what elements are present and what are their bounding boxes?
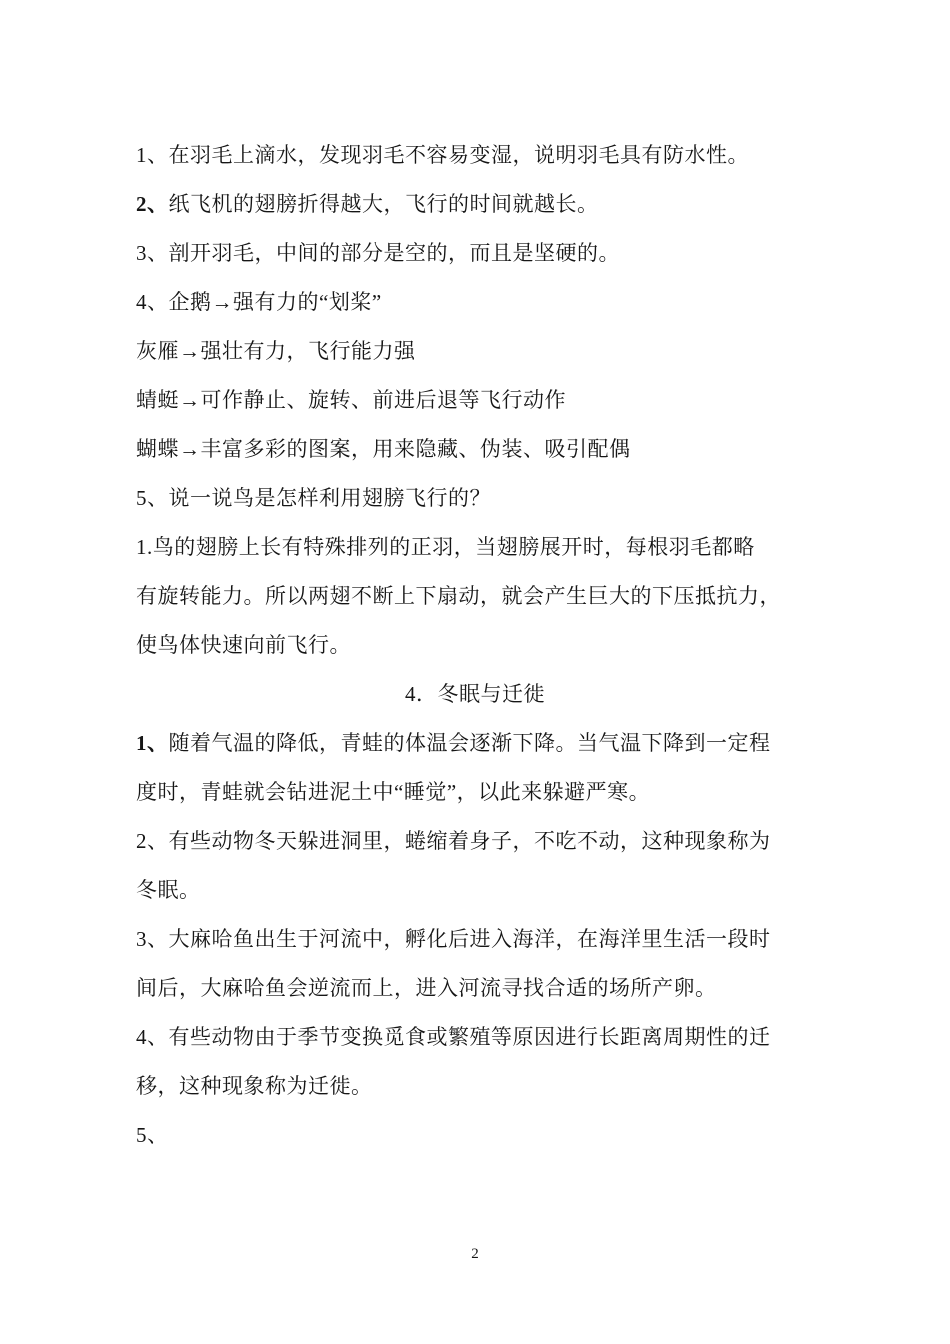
text-line: 3、大麻哈鱼出生于河流中，孵化后进入海洋，在海洋里生活一段时 — [136, 915, 814, 964]
text-line: 2、有些动物冬天躲进洞里，蜷缩着身子，不吃不动，这种现象称为 — [136, 817, 814, 866]
text-line: 蝴蝶→丰富多彩的图案，用来隐藏、伪装、吸引配偶 — [136, 425, 814, 474]
text-line: 度时，青蛙就会钻进泥土中“睡觉”，以此来躲避严寒。 — [136, 768, 814, 817]
document-page: 1、在羽毛上滴水，发现羽毛不容易变湿，说明羽毛具有防水性。2、纸飞机的翅膀折得越… — [0, 0, 950, 1344]
text-line: 蜻蜓→可作静止、旋转、前进后退等飞行动作 — [136, 376, 814, 425]
text-line: 有旋转能力。所以两翅不断上下扇动，就会产生巨大的下压抵抗力， — [136, 572, 814, 621]
text-line: 3、剖开羽毛，中间的部分是空的，而且是坚硬的。 — [136, 229, 814, 278]
document-content: 1、在羽毛上滴水，发现羽毛不容易变湿，说明羽毛具有防水性。2、纸飞机的翅膀折得越… — [136, 131, 814, 1160]
text-line: 4、企鹅→强有力的“划桨” — [136, 278, 814, 327]
section-heading: 4．冬眠与迁徙 — [136, 670, 814, 719]
text-line: 2、纸飞机的翅膀折得越大，飞行的时间就越长。 — [136, 180, 814, 229]
text-line: 1.鸟的翅膀上长有特殊排列的正羽，当翅膀展开时，每根羽毛都略 — [136, 523, 814, 572]
list-number: 2、 — [136, 192, 169, 216]
text-line: 5、说一说鸟是怎样利用翅膀飞行的？ — [136, 474, 814, 523]
line-text: 纸飞机的翅膀折得越大，飞行的时间就越长。 — [169, 192, 599, 216]
text-line: 5、 — [136, 1111, 814, 1160]
text-line: 4、有些动物由于季节变换觅食或繁殖等原因进行长距离周期性的迁 — [136, 1013, 814, 1062]
line-text: 随着气温的降低，青蛙的体温会逐渐下降。当气温下降到一定程 — [169, 731, 771, 755]
text-line: 间后，大麻哈鱼会逆流而上，进入河流寻找合适的场所产卵。 — [136, 964, 814, 1013]
text-line: 1、在羽毛上滴水，发现羽毛不容易变湿，说明羽毛具有防水性。 — [136, 131, 814, 180]
page-number: 2 — [0, 1244, 950, 1264]
text-line: 移，这种现象称为迁徙。 — [136, 1062, 814, 1111]
list-number: 1、 — [136, 731, 169, 755]
text-line: 灰雁→强壮有力，飞行能力强 — [136, 327, 814, 376]
text-line: 1、随着气温的降低，青蛙的体温会逐渐下降。当气温下降到一定程 — [136, 719, 814, 768]
text-line: 冬眠。 — [136, 866, 814, 915]
text-line: 使鸟体快速向前飞行。 — [136, 621, 814, 670]
